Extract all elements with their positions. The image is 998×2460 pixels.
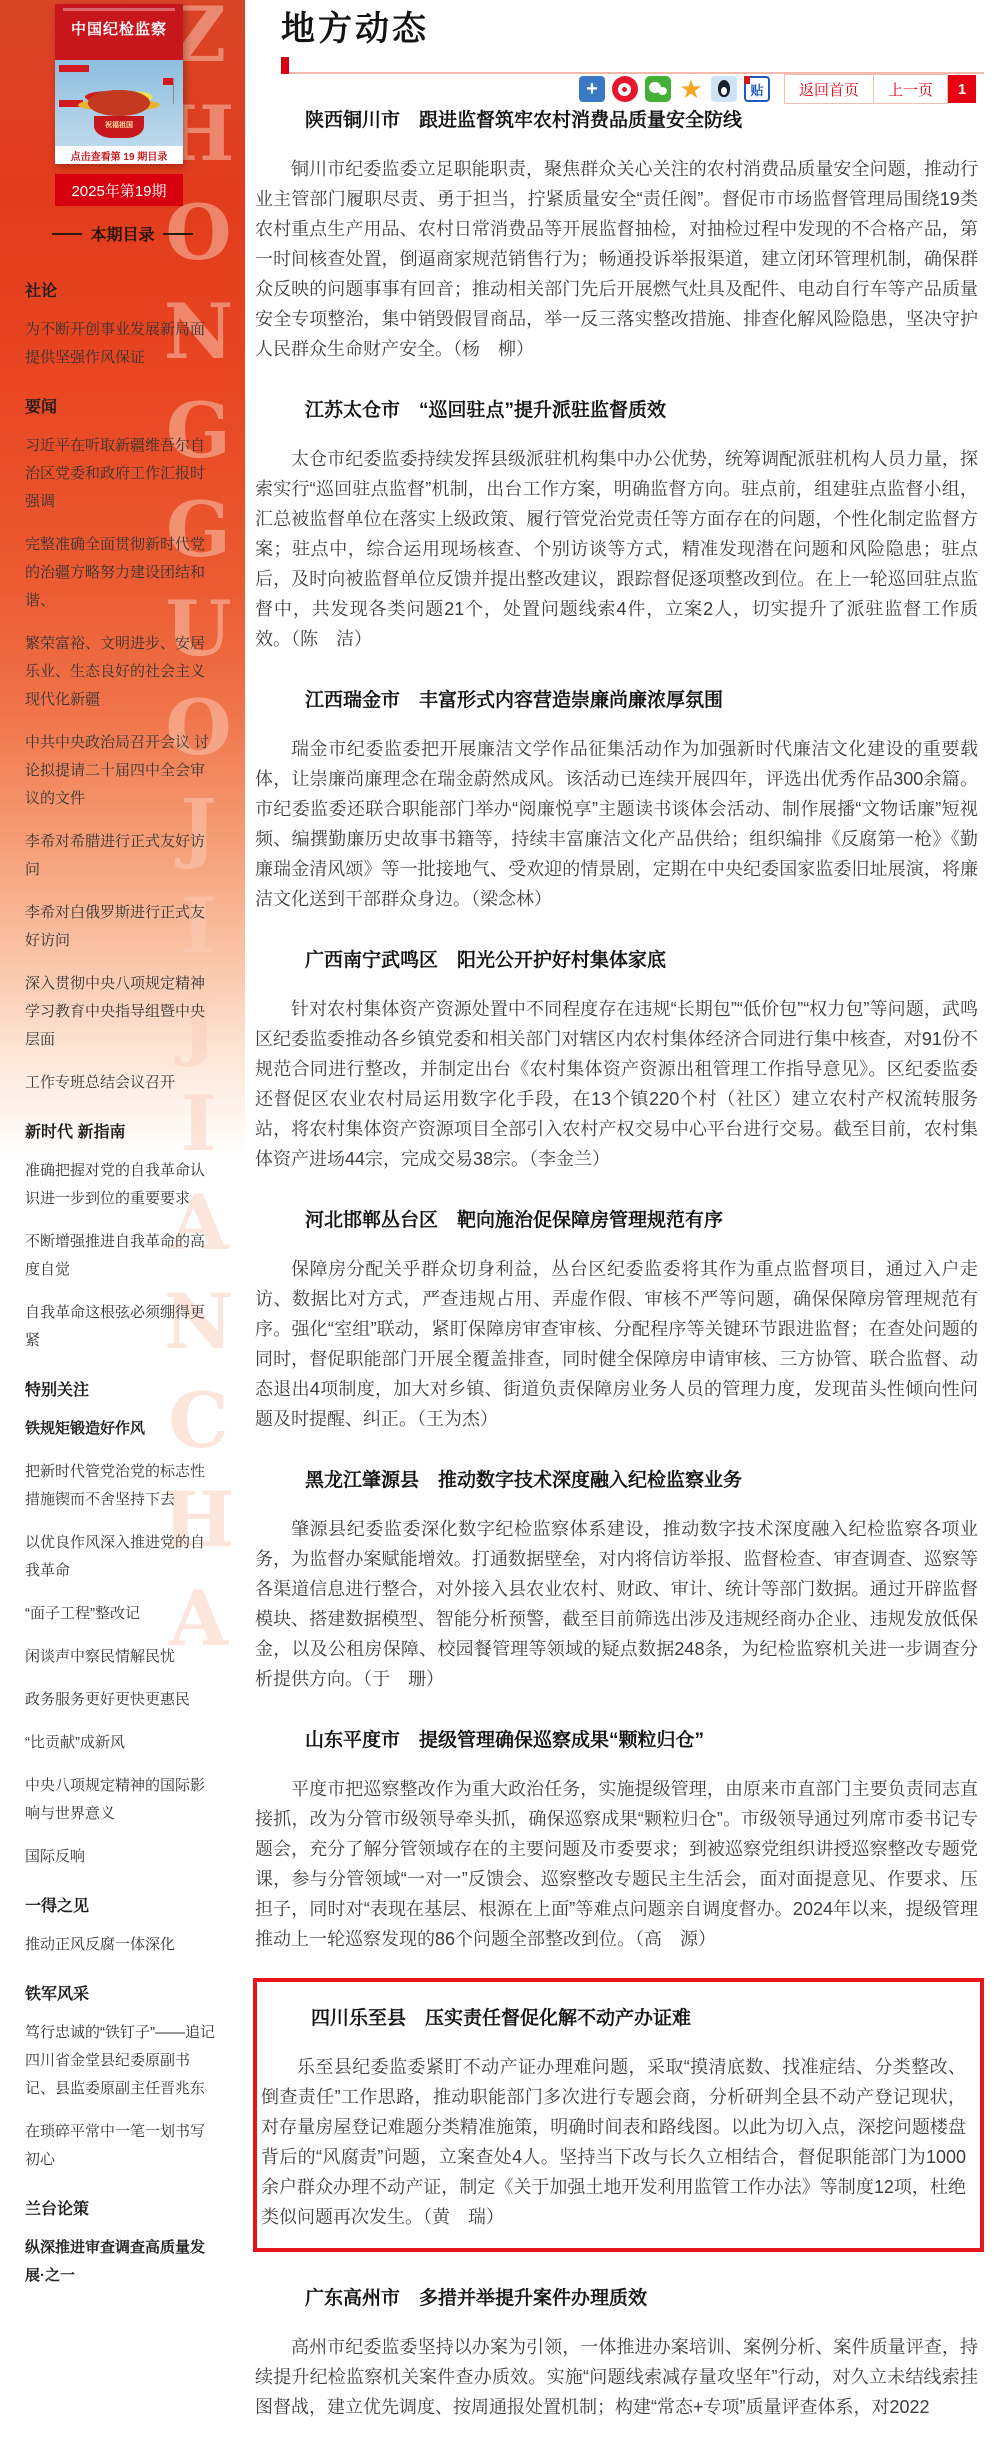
toc-item[interactable]: 深入贯彻中央八项规定精神学习教育中央指导组暨中央层面 <box>25 970 215 1054</box>
magazine-cover[interactable]: 中国纪检监察 祝福祖国 点击查看第 19 期目录 <box>55 4 183 164</box>
star-glyph: ★ <box>678 76 704 102</box>
toc-item[interactable]: 中共中央政治局召开会议 讨论拟提请二十届四中全会审议的文件 <box>25 729 215 813</box>
article-title: 四川乐至县 压实责任督促化解不动产办证难 <box>311 2006 972 2032</box>
article-body: 高州市纪委监委坚持以办案为引领，一体推进办案培训、案例分析、案件质量评查，持续提… <box>255 2332 978 2422</box>
plus-glyph: + <box>579 76 605 102</box>
toc-item[interactable]: 笃行忠诚的“铁钉子”——追记四川省金堂县纪委原副书记、县监委原副主任晋兆东 <box>25 2019 215 2103</box>
article: 江西瑞金市 丰富形式内容营造崇廉尚廉浓厚氛围瑞金市纪委监委把开展廉洁文学作品征集… <box>253 688 984 914</box>
title-rule <box>281 64 984 74</box>
red-flag-icon <box>163 78 173 85</box>
article-body: 乐至县纪委监委紧盯不动产证办理难问题，采取“摸清底数、找准症结、分类整改、倒查责… <box>261 2052 966 2232</box>
cover-caption-bar[interactable]: 点击查看第 19 期目录 <box>55 146 183 164</box>
toc-section-title: 新时代 新指南 <box>25 1121 215 1145</box>
article-title: 河北邯郸丛台区 靶向施治促保障房管理规范有序 <box>305 1208 984 1234</box>
cover-tag-chip-2 <box>59 100 83 107</box>
toc-item[interactable]: 在琐碎平常中一笔一划书写初心 <box>25 2118 215 2174</box>
cover-masthead-band: 中国纪检监察 <box>55 4 183 60</box>
toc-item[interactable]: 为不断开创事业发展新局面提供坚强作风保证 <box>25 316 215 372</box>
toc-item[interactable]: 李希对希腊进行正式友好访问 <box>25 828 215 884</box>
article-body: 铜川市纪委监委立足职能职责，聚焦群众关心关注的农村消费品质量安全问题，推动行业主… <box>255 154 978 364</box>
qq-icon[interactable] <box>711 76 737 102</box>
article-body: 保障房分配关乎群众切身利益，丛台区纪委监委将其作为重点监督项目，通过入户走访、数… <box>255 1254 978 1434</box>
cover-photo: 祝福祖国 <box>55 60 183 146</box>
article: 广西南宁武鸣区 阳光公开护好村集体家底针对农村集体资产资源处置中不同程度存在违规… <box>253 948 984 1174</box>
article-body: 瑞金市纪委监委把开展廉洁文学作品征集活动作为加强新时代廉洁文化建设的重要载体，让… <box>255 734 978 914</box>
toc-section-title: 社论 <box>25 280 215 304</box>
article-body: 太仓市纪委监委持续发挥县级派驻机构集中办公优势，统筹调配派驻机构人员力量，探索实… <box>255 444 978 654</box>
main-content: 地方动态 + ★ 贴 返回首页 上一页 1 陕西铜川市 跟进监督筑牢农村消费品质… <box>245 0 998 2422</box>
toc-section-title: 一得之见 <box>25 1895 215 1919</box>
article-body: 肇源县纪委监委深化数字纪检监察体系建设，推动数字技术深度融入纪检监察各项业务，为… <box>255 1514 978 1694</box>
page: ZHONGGUOJIJIANCHA 中国纪检监察 祝福祖国 点击查看第 19 期… <box>0 0 998 2460</box>
toc-section-title: 铁军风采 <box>25 1983 215 2007</box>
cover-top-line <box>63 8 175 11</box>
toc-header: 本期目录 <box>0 222 245 245</box>
wechat-icon[interactable] <box>645 76 671 102</box>
article-title: 黑龙江肇源县 推动数字技术深度融入纪检监察业务 <box>305 1468 984 1494</box>
prev-page-link[interactable]: 上一页 <box>874 79 947 100</box>
article-title: 广西南宁武鸣区 阳光公开护好村集体家底 <box>305 948 984 974</box>
basket-blessing-text: 祝福祖国 <box>94 120 144 130</box>
sidebar: ZHONGGUOJIJIANCHA 中国纪检监察 祝福祖国 点击查看第 19 期… <box>0 0 245 2460</box>
page-title: 地方动态 <box>281 6 998 52</box>
toc-item[interactable]: 李希对白俄罗斯进行正式友好访问 <box>25 899 215 955</box>
toc-header-title: 本期目录 <box>90 222 154 245</box>
toc-section-title: 特别关注 <box>25 1379 215 1403</box>
article: 陕西铜川市 跟进监督筑牢农村消费品质量安全防线铜川市纪委监委立足职能职责，聚焦群… <box>253 108 984 364</box>
toc-header-line-left <box>52 233 82 235</box>
toc-item[interactable]: 工作专班总结会议召开 <box>25 1069 215 1097</box>
home-link[interactable]: 返回首页 <box>785 79 873 100</box>
toc-item[interactable]: 不断增强推进自我革命的高度自觉 <box>25 1228 215 1284</box>
toc-item[interactable]: “比贡献”成新风 <box>25 1729 215 1757</box>
cover-tag-chip <box>59 65 89 72</box>
toc-item[interactable]: 国际反响 <box>25 1843 215 1871</box>
toc-item[interactable]: 中央八项规定精神的国际影响与世界意义 <box>25 1772 215 1828</box>
toc-sections: 社论为不断开创事业发展新局面提供坚强作风保证要闻习近平在听取新疆维吾尔自治区党委… <box>25 256 215 2305</box>
toc-item[interactable]: 政务服务更好更快更惠民 <box>25 1686 215 1714</box>
toc-item[interactable]: 把新时代管党治党的标志性措施锲而不舍坚持下去 <box>25 1458 215 1514</box>
toolbar: + ★ 贴 返回首页 上一页 1 <box>572 74 976 104</box>
weibo-icon[interactable] <box>612 76 638 102</box>
article-body: 平度市把巡察整改作为重大政治任务，实施提级管理，由原来市直部门主要负责同志直接抓… <box>255 1774 978 1954</box>
article-title: 陕西铜川市 跟进监督筑牢农村消费品质量安全防线 <box>305 108 984 134</box>
flagpole <box>173 78 174 104</box>
flower-basket-flowers <box>88 90 150 116</box>
toc-item[interactable]: 准确把握对党的自我革命认识进一步到位的重要要求 <box>25 1157 215 1213</box>
toc-section-title: 要闻 <box>25 396 215 420</box>
article: 广东高州市 多措并举提升案件办理质效高州市纪委监委坚持以办案为引领，一体推进办案… <box>253 2286 984 2422</box>
toc-item[interactable]: 以优良作风深入推进党的自我革命 <box>25 1529 215 1585</box>
toc-item[interactable]: 自我革命这根弦必须绷得更紧 <box>25 1299 215 1355</box>
article: 江苏太仓市 “巡回驻点”提升派驻监督质效太仓市纪委监委持续发挥县级派驻机构集中办… <box>253 398 984 654</box>
wechat-bubble-2 <box>658 87 667 95</box>
penguin-belly <box>721 87 727 95</box>
article-title: 江西瑞金市 丰富形式内容营造崇廉尚廉浓厚氛围 <box>305 688 984 714</box>
flower-basket: 祝福祖国 <box>94 116 144 138</box>
toc-item[interactable]: 闲谈声中察民情解民忧 <box>25 1643 215 1671</box>
toc-item[interactable]: 推动正风反腐一体深化 <box>25 1931 215 1959</box>
share-plus-icon[interactable]: + <box>579 76 605 102</box>
toc-item[interactable]: 纵深推进审查调查高质量发展·之一 <box>25 2234 215 2290</box>
weibo-pupil <box>622 87 627 92</box>
tieba-icon[interactable]: 贴 <box>744 76 770 102</box>
nav-links: 返回首页 上一页 <box>784 74 948 104</box>
article-body: 针对农村集体资产资源处置中不同程度存在违规“长期包”“低价包”“权力包”等问题，… <box>255 994 978 1174</box>
tieba-glyph: 贴 <box>746 78 768 100</box>
article-highlighted: 四川乐至县 压实责任督促化解不动产办证难乐至县纪委监委紧盯不动产证办理难问题，采… <box>253 1978 984 2252</box>
toc-item[interactable]: 繁荣富裕、文明进步、安居乐业、生态良好的社会主义现代化新疆 <box>25 630 215 714</box>
articles: 陕西铜川市 跟进监督筑牢农村消费品质量安全防线铜川市纪委监委立足职能职责，聚焦群… <box>253 108 984 2422</box>
article-title: 山东平度市 提级管理确保巡察成果“颗粒归仓” <box>305 1728 984 1754</box>
article: 山东平度市 提级管理确保巡察成果“颗粒归仓”平度市把巡察整改作为重大政治任务，实… <box>253 1728 984 1954</box>
toc-item[interactable]: 铁规矩锻造好作风 <box>25 1415 215 1443</box>
article: 黑龙江肇源县 推动数字技术深度融入纪检监察业务肇源县纪委监委深化数字纪检监察体系… <box>253 1468 984 1694</box>
article-title: 广东高州市 多措并举提升案件办理质效 <box>305 2286 984 2312</box>
cover-caption[interactable]: 点击查看第 19 期目录 <box>71 148 168 163</box>
issue-button[interactable]: 2025年第19期 <box>55 174 183 206</box>
toc-item[interactable]: 完整准确全面贯彻新时代党的治疆方略努力建设团结和谐、 <box>25 531 215 615</box>
toc-header-line-right <box>163 233 193 235</box>
page-number-badge[interactable]: 1 <box>948 75 976 103</box>
article-title: 江苏太仓市 “巡回驻点”提升派驻监督质效 <box>305 398 984 424</box>
toc-item[interactable]: 习近平在听取新疆维吾尔自治区党委和政府工作汇报时强调 <box>25 432 215 516</box>
article: 河北邯郸丛台区 靶向施治促保障房管理规范有序保障房分配关乎群众切身利益，丛台区纪… <box>253 1208 984 1434</box>
qzone-icon[interactable]: ★ <box>678 76 704 102</box>
toc-item[interactable]: “面子工程”整改记 <box>25 1600 215 1628</box>
toc-section-title: 兰台论策 <box>25 2198 215 2222</box>
title-red-marker <box>281 57 289 74</box>
